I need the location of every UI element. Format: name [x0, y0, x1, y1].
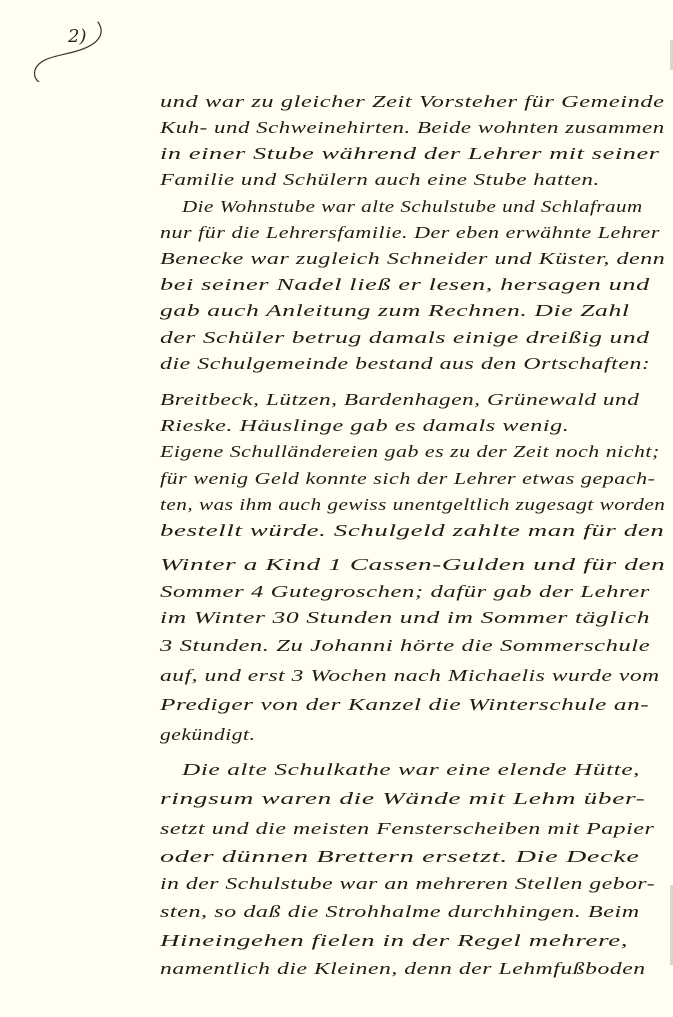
manuscript-line: für wenig Geld konnte sich der Lehrer et… [160, 469, 655, 489]
manuscript-line: bestellt würde. Schulgeld zahlte man für… [160, 521, 664, 541]
manuscript-line: Familie und Schülern auch eine Stube hat… [160, 170, 600, 190]
page-number: 2) [68, 26, 86, 47]
manuscript-line: der Schüler betrug damals einige dreißig… [160, 328, 650, 348]
manuscript-line: die Schulgemeinde bestand aus den Ortsch… [160, 354, 650, 374]
manuscript-line: ringsum waren die Wände mit Lehm über- [160, 789, 645, 809]
page-number-area: 2) [28, 12, 108, 82]
manuscript-line: Sommer 4 Gutegroschen; dafür gab der Leh… [160, 582, 650, 602]
manuscript-line: Die alte Schulkathe war eine elende Hütt… [182, 760, 640, 780]
manuscript-line: Rieske. Häuslinge gab es damals wenig. [160, 416, 569, 436]
manuscript-line: Die Wohnstube war alte Schulstube und Sc… [182, 197, 643, 217]
manuscript-line: auf, und erst 3 Wochen nach Michaelis wu… [160, 666, 660, 686]
manuscript-line: bei seiner Nadel ließ er lesen, hersagen… [160, 275, 650, 295]
manuscript-line: oder dünnen Brettern ersetzt. Die Decke [160, 847, 640, 867]
manuscript-line: setzt und die meisten Fensterscheiben mi… [160, 819, 654, 839]
manuscript-line: Kuh- und Schweinehirten. Beide wohnten z… [160, 118, 665, 138]
manuscript-line: und war zu gleicher Zeit Vorsteher für G… [160, 92, 665, 112]
manuscript-line: Breitbeck, Lützen, Bardenhagen, Grünewal… [160, 390, 639, 410]
manuscript-line: 3 Stunden. Zu Johanni hörte die Sommersc… [160, 636, 650, 656]
manuscript-line: ten, was ihm auch gewiss unentgeltlich z… [160, 495, 665, 515]
manuscript-line: Eigene Schulländereien gab es zu der Zei… [160, 442, 660, 462]
manuscript-line: im Winter 30 Stunden und im Sommer tägli… [160, 608, 650, 628]
page-number-flourish-icon [28, 12, 108, 82]
manuscript-line: in der Schulstube war an mehreren Stelle… [160, 874, 655, 894]
manuscript-line: Winter a Kind 1 Cassen-Gulden und für de… [160, 555, 665, 575]
manuscript-line: namentlich die Kleinen, denn der Lehmfuß… [160, 959, 646, 979]
manuscript-line: Prediger von der Kanzel die Winterschule… [160, 695, 649, 715]
manuscript-line: in einer Stube während der Lehrer mit se… [160, 144, 660, 164]
manuscript-line: gekündigt. [160, 725, 255, 745]
manuscript-line: nur für die Lehrersfamilie. Der eben erw… [160, 223, 660, 243]
manuscript-line: Hineingehen fielen in der Regel mehrere, [160, 931, 628, 951]
manuscript-line: Benecke war zugleich Schneider und Küste… [160, 249, 665, 269]
manuscript-page: 2) und war zu gleicher Zeit Vorsteher fü… [0, 0, 673, 1017]
manuscript-line: sten, so daß die Strohhalme durchhingen.… [160, 902, 640, 922]
manuscript-line: gab auch Anleitung zum Rechnen. Die Zahl [160, 301, 630, 321]
